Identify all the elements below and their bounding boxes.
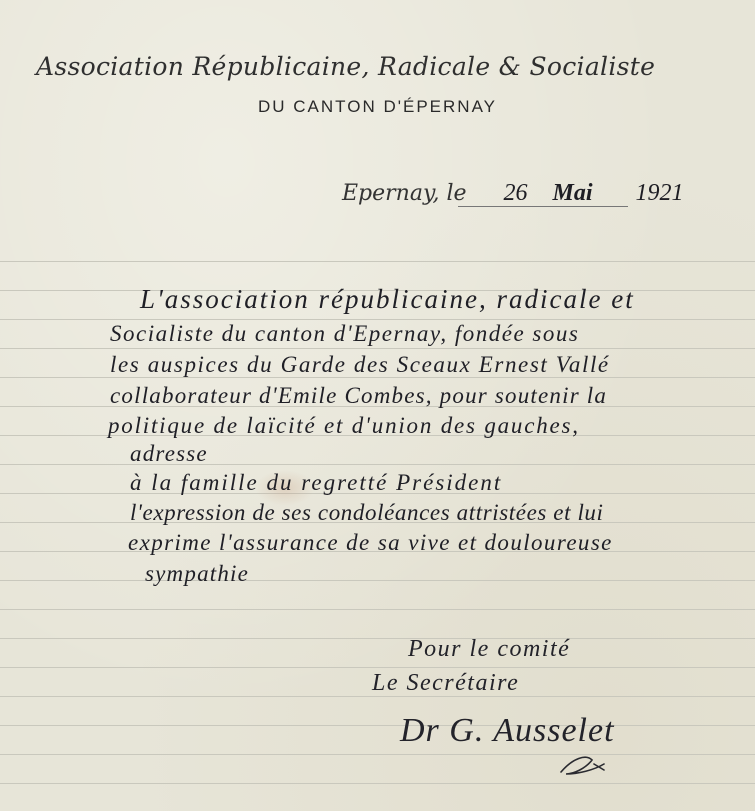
body-line: les auspices du Garde des Sceaux Ernest … [110, 352, 610, 378]
ruled-line [0, 667, 755, 668]
body-line: exprime l'assurance de sa vive et doulou… [128, 530, 613, 556]
ruled-line [0, 609, 755, 610]
ruled-line [0, 580, 755, 581]
letterhead-organization: Association Républicaine, Radicale & Soc… [36, 52, 736, 81]
dateline-month: Mai [553, 180, 593, 207]
ruled-line [0, 464, 755, 465]
letter-paper: Association Républicaine, Radicale & Soc… [0, 0, 755, 811]
body-line: Socialiste du canton d'Epernay, fondée s… [110, 321, 579, 347]
ruled-line [0, 261, 755, 262]
ruled-line [0, 783, 755, 784]
signature-flourish [558, 752, 608, 778]
ruled-line [0, 754, 755, 755]
date-underline [458, 206, 628, 207]
dateline-year: 1921 [636, 180, 684, 207]
dateline-day: 26 [504, 180, 528, 207]
body-line: l'expression de ses condoléances attrist… [130, 500, 604, 526]
body-line: collaborateur d'Emile Combes, pour soute… [110, 383, 607, 409]
signature: Dr G. Ausselet [400, 712, 615, 750]
ruled-line [0, 725, 755, 726]
ruled-line [0, 638, 755, 639]
dateline-place: Epernay, le [342, 181, 467, 206]
closing-secretary: Le Secrétaire [372, 670, 519, 697]
closing-for-committee: Pour le comité [408, 636, 570, 663]
body-line: adresse [130, 441, 208, 467]
body-line: sympathie [145, 561, 249, 587]
body-line: politique de laïcité et d'union des gauc… [108, 413, 580, 439]
ruled-line [0, 348, 755, 349]
body-line: L'association républicaine, radicale et [140, 284, 635, 315]
ruled-line [0, 319, 755, 320]
body-line: à la famille du regretté Président [130, 470, 502, 496]
dateline: Epernay, le 26 Mai 1921 [342, 180, 684, 207]
letterhead-canton: DU CANTON D'ÉPERNAY [0, 97, 755, 117]
